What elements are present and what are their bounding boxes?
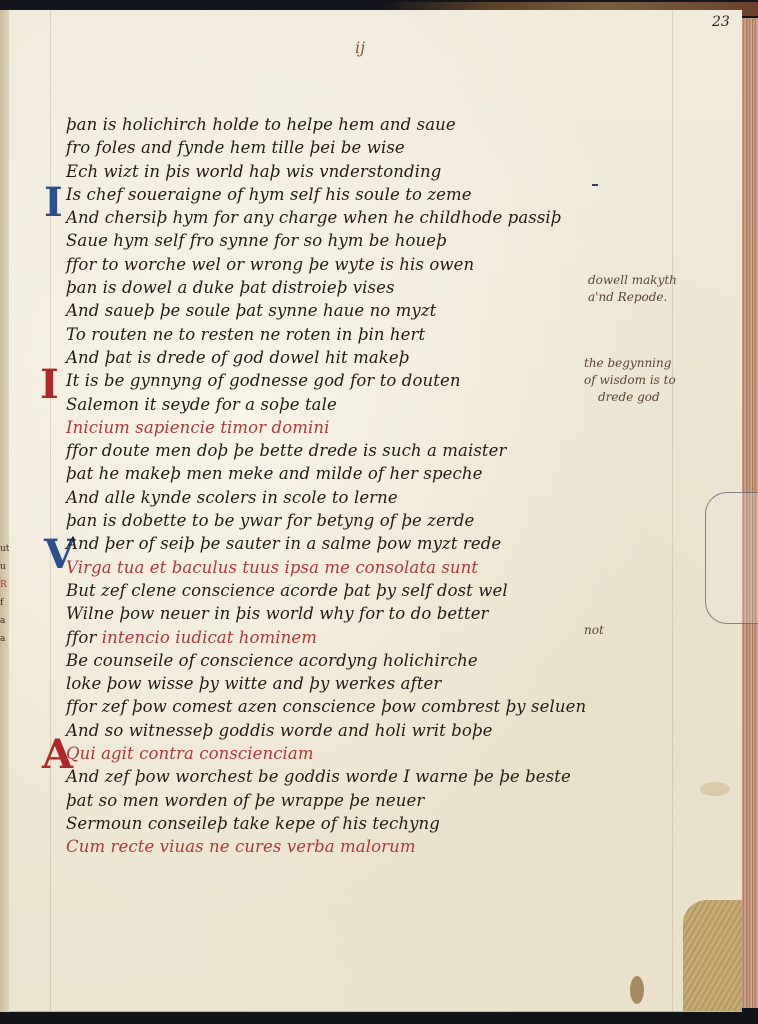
- text-line: þan is holichirch holde to helpe hem and…: [66, 113, 666, 136]
- rubric-line: Qui agit contra conscienciam: [66, 742, 666, 765]
- text-line: þat so men worden of þe wrappe þe neuer: [66, 789, 666, 812]
- ruling-line-right: [672, 10, 673, 1011]
- rubric-line: Cum recte viuas ne cures verba malorum: [66, 835, 666, 858]
- text-line: But zef clene conscience acorde þat þy s…: [66, 579, 666, 602]
- quire-mark: ij: [355, 38, 365, 57]
- margin-note-begynning: the begynning of wisdom is to drede god: [584, 355, 676, 406]
- text-line: Wilne þow neuer in þis world why for to …: [66, 602, 666, 625]
- rubric-phrase: intencio iudicat hominem: [102, 628, 317, 647]
- text-line: Saue hym self fro synne for so hym be ho…: [66, 229, 666, 252]
- text-line: Is chef soueraigne of hym self his soule…: [66, 183, 666, 206]
- bottom-background: [0, 1012, 758, 1024]
- faint-stain: [700, 782, 730, 796]
- text-line: ffor to worche wel or wrong þe wyte is h…: [66, 253, 666, 276]
- red-initial-I: I: [40, 365, 59, 405]
- text-line: And þat is drede of god dowel hit makeþ: [66, 346, 666, 369]
- text-line: Be counseile of conscience acordyng holi…: [66, 649, 666, 672]
- text-line: It is be gynnyng of godnesse god for to …: [66, 369, 666, 392]
- text-line: fro foles and fynde hem tille þei be wis…: [66, 136, 666, 159]
- folio-number: 23: [712, 14, 730, 30]
- oval-stain: [630, 976, 644, 1004]
- main-text-block: þan is holichirch holde to helpe hem and…: [66, 113, 666, 859]
- water-stain-corner: [683, 900, 742, 1011]
- text-line: And alle kynde scolers in scole to lerne: [66, 486, 666, 509]
- text-line: þat he makeþ men meke and milde of her s…: [66, 462, 666, 485]
- text-line: And chersiþ hym for any charge when he c…: [66, 206, 666, 229]
- clear-page-clip: [705, 492, 758, 624]
- text-line: Sermoun conseileþ take kepe of his techy…: [66, 812, 666, 835]
- rubric-line: Virga tua et baculus tuus ipsa me consol…: [66, 556, 666, 579]
- text-line: þan is dobette to be ywar for betyng of …: [66, 509, 666, 532]
- text-lead: ffor: [66, 628, 102, 647]
- text-line: And so witnesseþ goddis worde and holi w…: [66, 719, 666, 742]
- text-line: Salemon it seyde for a soþe tale: [66, 393, 666, 416]
- rubric-line: Inicium sapiencie timor domini: [66, 416, 666, 439]
- text-line: ffor doute men doþ þe bette drede is suc…: [66, 439, 666, 462]
- margin-note-not: not: [584, 622, 604, 639]
- text-line: And þer of seiþ þe sauter in a salme þow…: [66, 532, 666, 555]
- text-line: þan is dowel a duke þat distroieþ vises: [66, 276, 666, 299]
- text-line: And zef þow worchest be goddis worde I w…: [66, 765, 666, 788]
- text-line: loke þow wisse þy witte and þy werkes af…: [66, 672, 666, 695]
- text-line: And saueþ þe soule þat synne haue no myz…: [66, 299, 666, 322]
- mixed-line: ffor intencio iudicat hominem: [66, 626, 666, 649]
- blue-initial-I: I: [44, 183, 63, 223]
- text-line: ffor zef þow comest azen conscience þow …: [66, 695, 666, 718]
- text-line: Ech wizt in þis world haþ wis vnderstond…: [66, 160, 666, 183]
- adjacent-page-fragments: ut u R f a a: [0, 540, 9, 648]
- margin-note-dowell: dowell makyth a'nd Repode.: [588, 272, 677, 306]
- text-line: To routen ne to resten ne roten in þin h…: [66, 323, 666, 346]
- ruling-line-left: [50, 10, 51, 1011]
